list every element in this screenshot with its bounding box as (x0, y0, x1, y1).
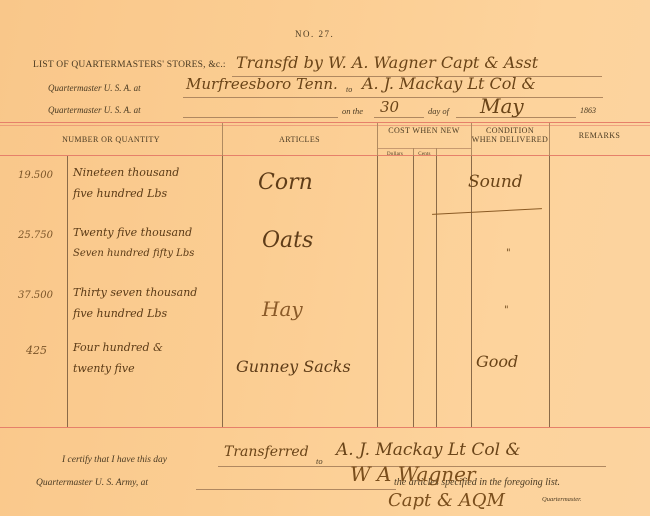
row-condition: Sound (468, 172, 523, 192)
table-bottom-rule (0, 427, 650, 428)
qm-location-label-2: Quartermaster U. S. A. at (48, 105, 141, 115)
certify-text: I certify that I have this day (62, 455, 167, 465)
header-articles: ARTICLES (222, 135, 377, 144)
day-fill-line (374, 117, 424, 118)
row-quantity-words-2: Seven hundred fifty Lbs (73, 243, 194, 264)
form-title: LIST OF QUARTERMASTERS' STORES, &c.: (33, 60, 226, 70)
row-condition: " (506, 248, 511, 259)
header-cost: COST WHEN NEW (377, 126, 471, 135)
year-label: 1863 (580, 106, 596, 115)
transfer-by-handwritten: Transfd by W. A. Wagner Capt & Asst (236, 53, 538, 72)
form-number: NO. 27. (295, 29, 334, 39)
row-quantity-words-1: Nineteen thousand (73, 162, 179, 183)
row-quantity-words-2: twenty five (73, 358, 135, 379)
row-number: 25.750 (18, 230, 53, 241)
to-label: to (346, 85, 352, 94)
column-divider (413, 156, 414, 427)
header-condition-1: CONDITION (471, 126, 549, 135)
qm-location-label: Quartermaster U. S. A. at (48, 83, 141, 93)
table-top-rule (0, 122, 650, 123)
row-quantity-words-2: five hundred Lbs (73, 303, 167, 324)
row-article: Oats (262, 228, 313, 253)
cost-subheader-rule (378, 148, 471, 149)
table-top-rule-inner (0, 125, 650, 126)
row-quantity-words-1: Thirty seven thousand (73, 282, 197, 303)
quartermaster-stores-document: NO. 27. LIST OF QUARTERMASTERS' STORES, … (0, 0, 650, 516)
day-handwritten: 30 (380, 98, 399, 116)
condition-flourish (432, 208, 542, 215)
header-cents: Cents (413, 150, 436, 159)
certify-location-label: Quartermaster U. S. Army, at (36, 478, 148, 488)
row-number: 37.500 (18, 290, 53, 301)
header-remarks: REMARKS (549, 131, 650, 140)
row-quantity-words-2: five hundred Lbs (73, 183, 167, 204)
header-quantity: NUMBER OR QUANTITY (0, 135, 222, 144)
column-divider (222, 156, 223, 427)
row-article: Gunney Sacks (236, 357, 351, 376)
column-divider (377, 156, 378, 427)
day-of-label: day of (428, 106, 449, 116)
header-bottom-rule (0, 155, 650, 156)
column-divider (436, 156, 437, 427)
certify-location-fill-line (196, 489, 396, 490)
signature-title: Quartermaster. (542, 496, 582, 503)
recipient-handwritten: A. J. Mackay Lt Col & (362, 74, 536, 93)
column-divider (549, 156, 550, 427)
location2-fill-line (183, 117, 338, 118)
on-the-label: on the (342, 106, 363, 116)
header-dollars: Dollars (377, 150, 413, 159)
signature-rank: Capt & AQM (388, 490, 505, 511)
signature-name: W A Wagner (350, 462, 476, 486)
column-divider (471, 156, 472, 427)
row-number: 425 (26, 344, 47, 357)
column-divider (67, 156, 68, 427)
row-article: Hay (262, 297, 303, 321)
month-handwritten: May (480, 94, 524, 118)
transferred-handwritten: Transferred (224, 444, 309, 460)
row-number: 19.500 (18, 170, 53, 181)
row-article: Corn (258, 170, 313, 195)
header-condition-2: WHEN DELIVERED (471, 135, 549, 144)
row-quantity-words-1: Four hundred & (73, 337, 163, 358)
header-divider (436, 148, 437, 156)
row-quantity-words-1: Twenty five thousand (73, 222, 192, 243)
location-handwritten: Murfreesboro Tenn. (186, 75, 338, 93)
row-condition: Good (476, 352, 518, 371)
certify-to-label: to (316, 456, 323, 466)
certify-recipient-handwritten: A. J. Mackay Lt Col & (336, 440, 521, 460)
row-condition: " (504, 305, 509, 316)
